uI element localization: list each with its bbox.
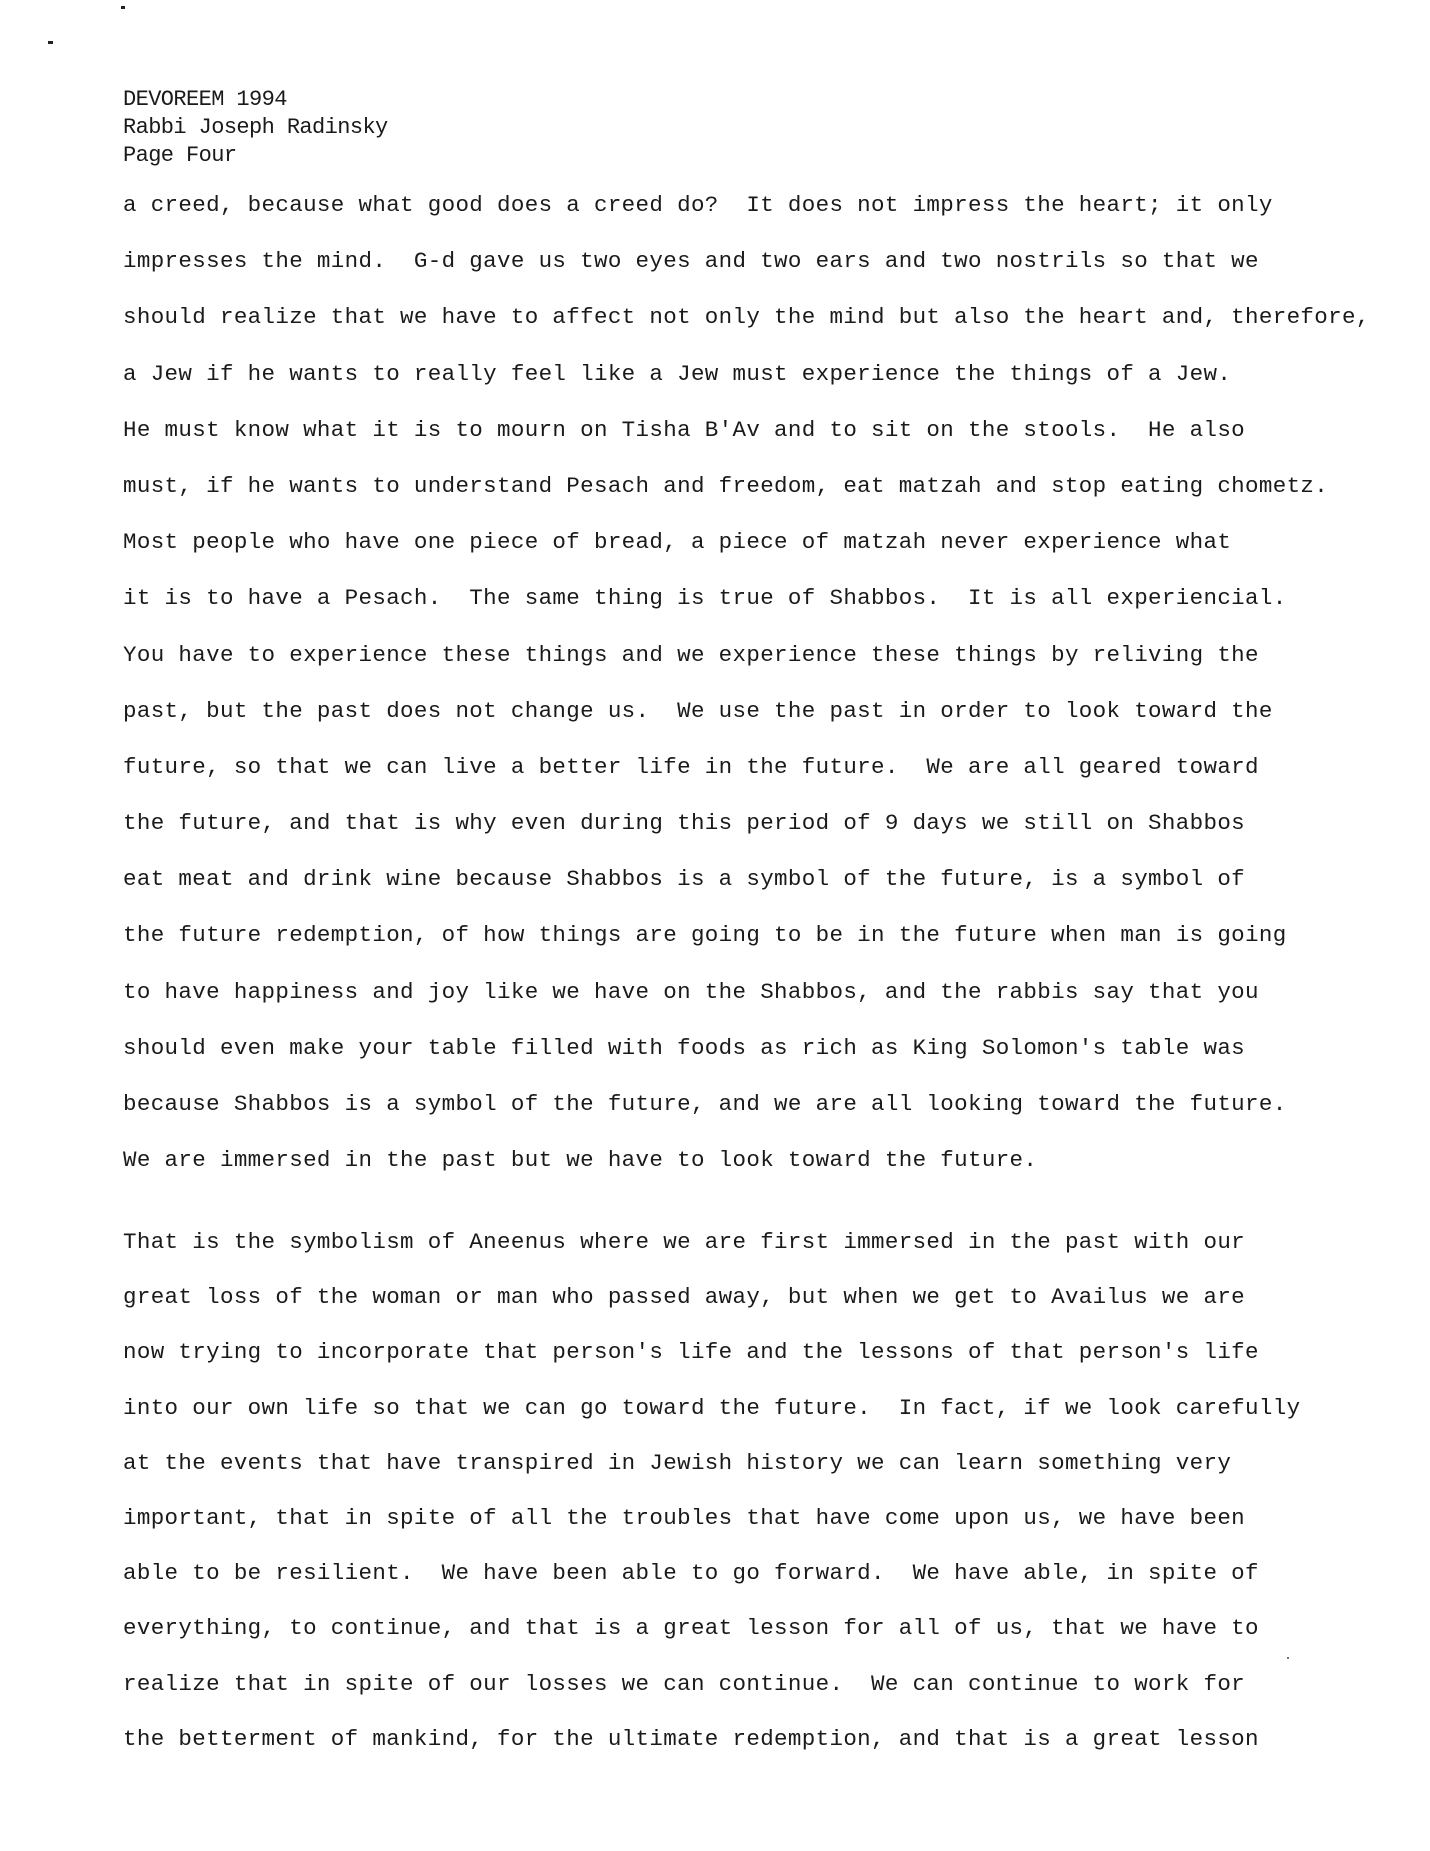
text-line: the betterment of mankind, for the ultim… — [123, 1724, 1300, 1779]
text-line: He must know what it is to mourn on Tish… — [123, 415, 1370, 471]
text-line: Most people who have one piece of bread,… — [123, 527, 1370, 583]
text-line: We are immersed in the past but we have … — [123, 1145, 1370, 1201]
text-line: great loss of the woman or man who passe… — [123, 1282, 1300, 1337]
text-line: it is to have a Pesach. The same thing i… — [123, 583, 1370, 639]
text-line: past, but the past does not change us. W… — [123, 696, 1370, 752]
text-line: to have happiness and joy like we have o… — [123, 977, 1370, 1033]
document-author: Rabbi Joseph Radinsky — [123, 114, 388, 142]
scan-speck — [121, 6, 125, 9]
text-line: able to be resilient. We have been able … — [123, 1558, 1300, 1613]
text-line: important, that in spite of all the trou… — [123, 1503, 1300, 1558]
text-line: That is the symbolism of Aneenus where w… — [123, 1227, 1300, 1282]
text-line: the future redemption, of how things are… — [123, 920, 1370, 976]
text-line: everything, to continue, and that is a g… — [123, 1613, 1300, 1668]
document-title: DEVOREEM 1994 — [123, 86, 388, 114]
scan-speck — [48, 41, 53, 44]
text-line: You have to experience these things and … — [123, 640, 1370, 696]
paragraph-2: That is the symbolism of Aneenus where w… — [123, 1227, 1300, 1779]
page-header: DEVOREEM 1994 Rabbi Joseph Radinsky Page… — [123, 86, 388, 170]
text-line: a Jew if he wants to really feel like a … — [123, 359, 1370, 415]
paragraph-1: a creed, because what good does a creed … — [123, 190, 1370, 1201]
text-line: future, so that we can live a better lif… — [123, 752, 1370, 808]
text-line: should even make your table filled with … — [123, 1033, 1370, 1089]
text-line: a creed, because what good does a creed … — [123, 190, 1370, 246]
text-line: should realize that we have to affect no… — [123, 302, 1370, 358]
text-line: into our own life so that we can go towa… — [123, 1393, 1300, 1448]
text-line: now trying to incorporate that person's … — [123, 1337, 1300, 1392]
text-line: impresses the mind. G-d gave us two eyes… — [123, 246, 1370, 302]
text-line: realize that in spite of our losses we c… — [123, 1669, 1300, 1724]
document-page: DEVOREEM 1994 Rabbi Joseph Radinsky Page… — [0, 0, 1430, 1851]
text-line: at the events that have transpired in Je… — [123, 1448, 1300, 1503]
page-number-label: Page Four — [123, 142, 388, 170]
text-line: because Shabbos is a symbol of the futur… — [123, 1089, 1370, 1145]
text-line: must, if he wants to understand Pesach a… — [123, 471, 1370, 527]
text-line: the future, and that is why even during … — [123, 808, 1370, 864]
text-line: eat meat and drink wine because Shabbos … — [123, 864, 1370, 920]
